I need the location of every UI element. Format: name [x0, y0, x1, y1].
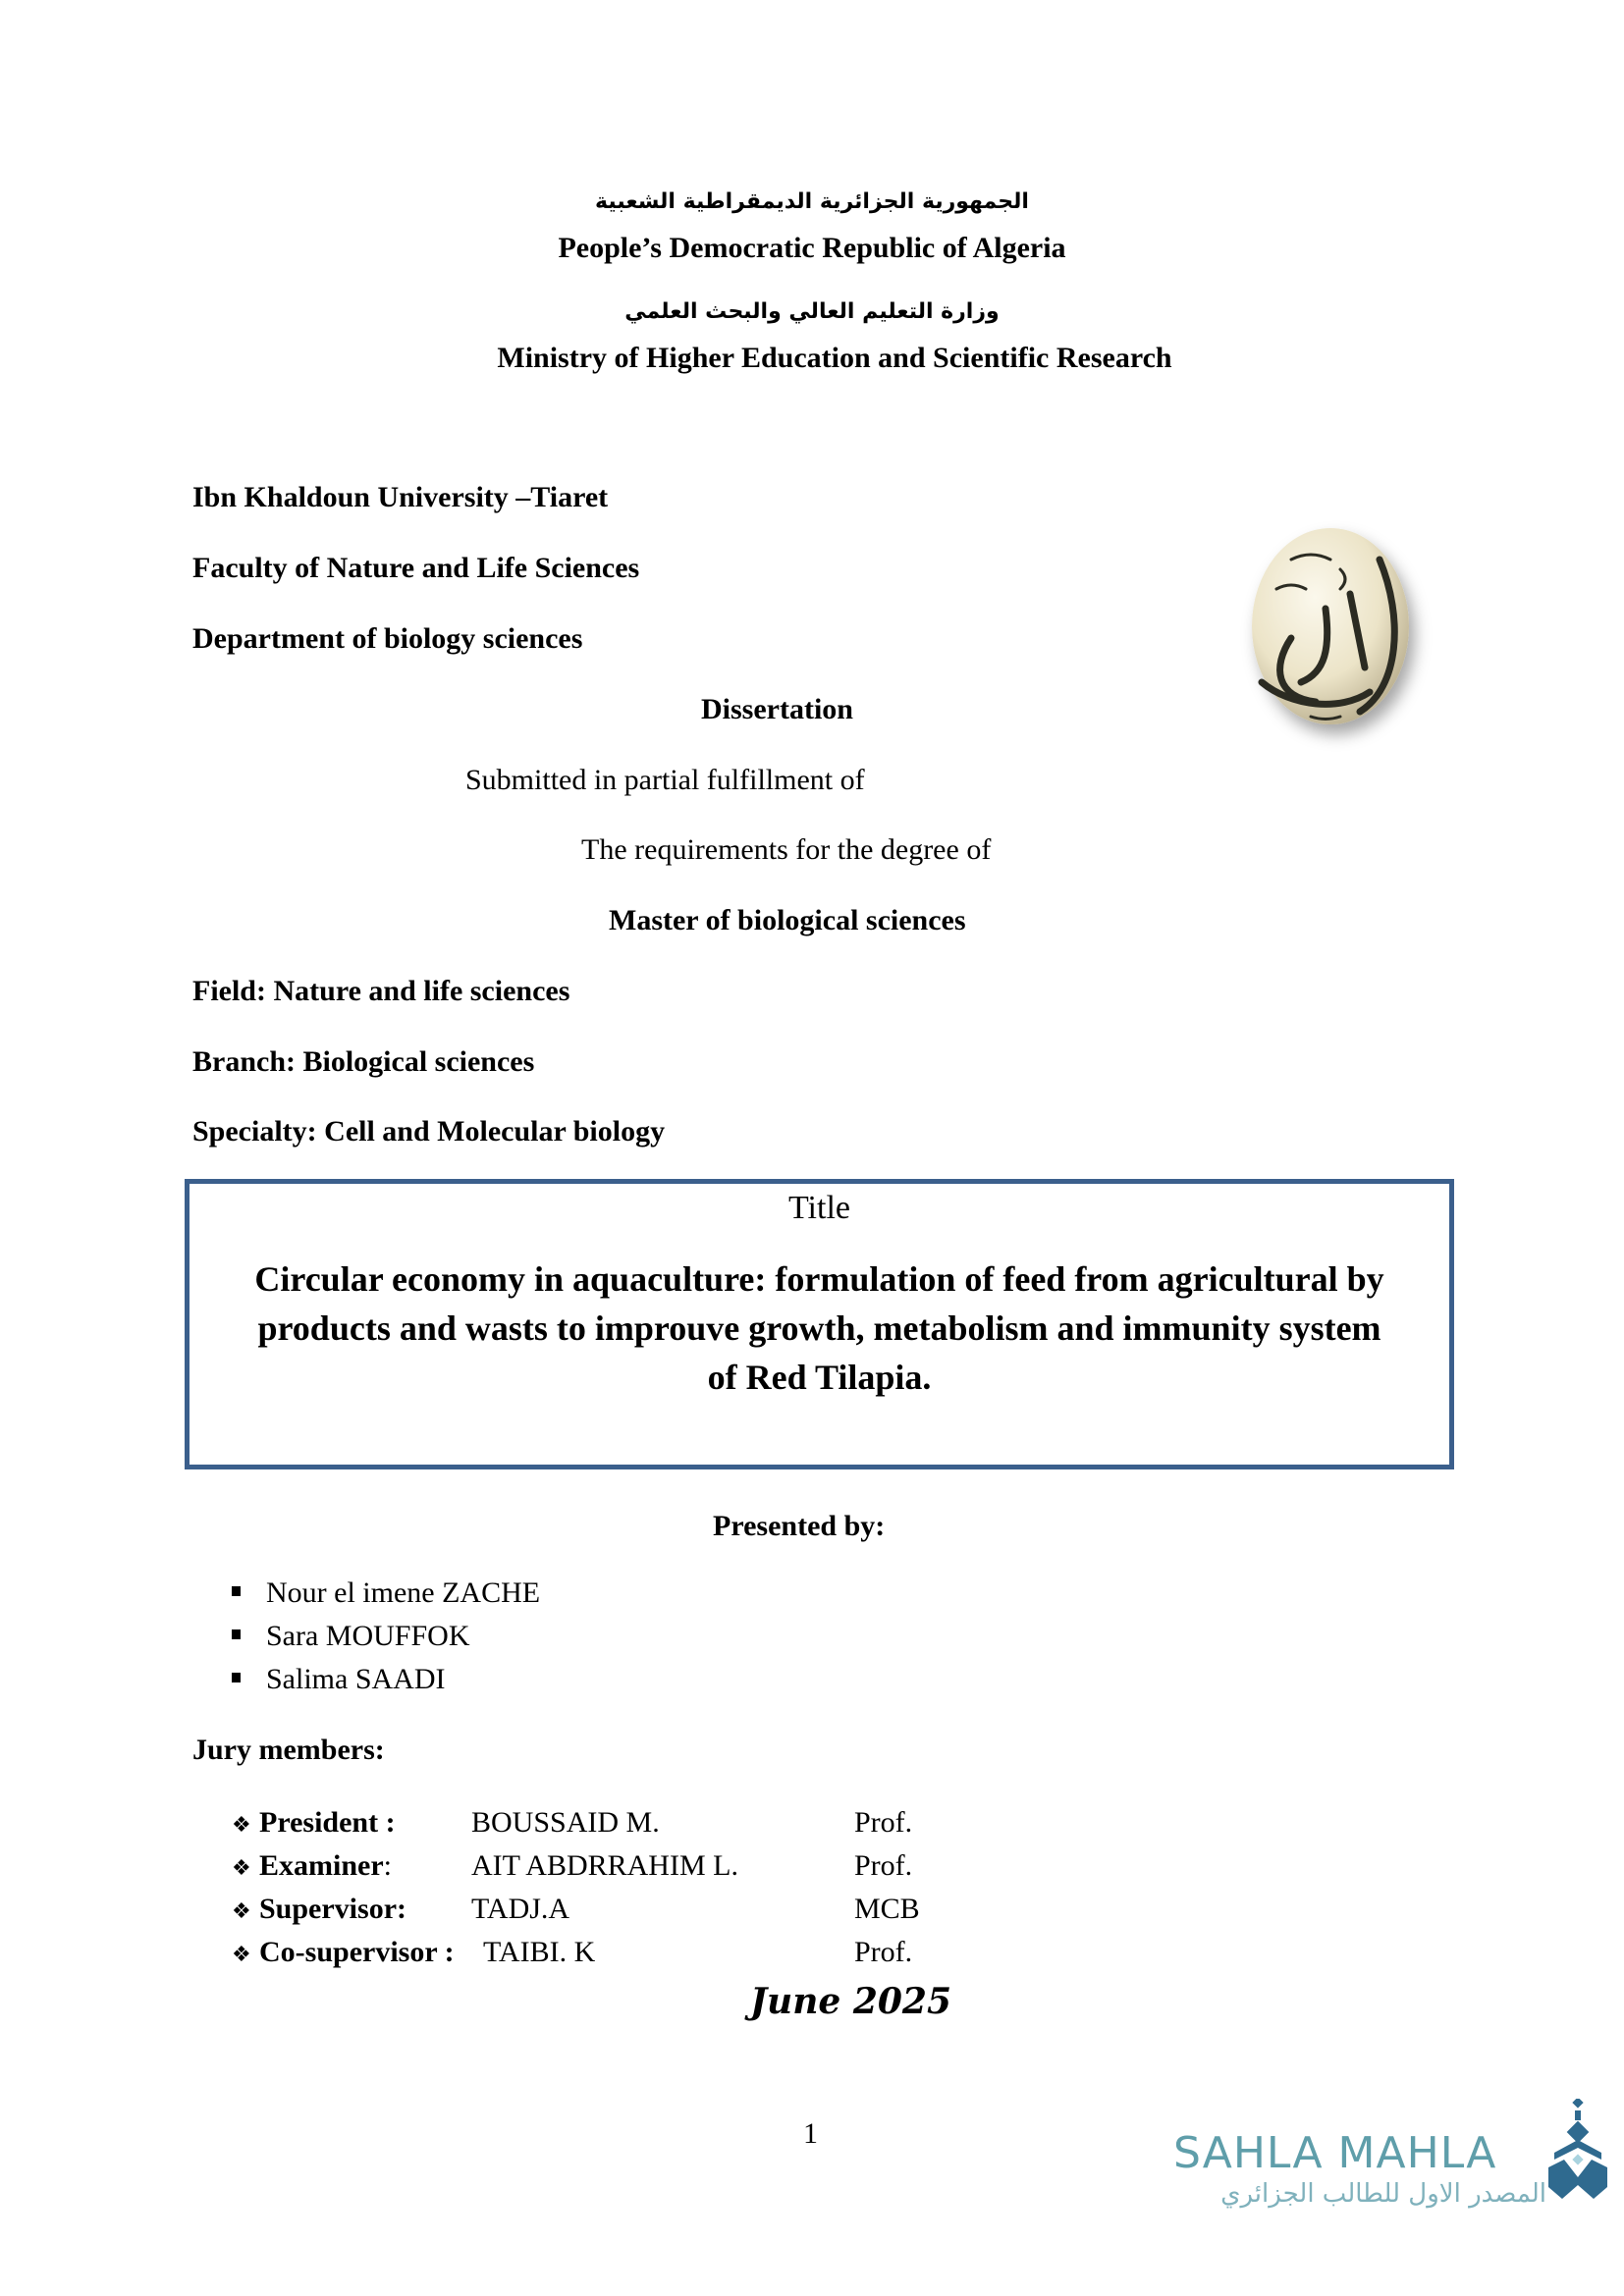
department-name: Department of biology sciences — [192, 622, 582, 656]
field-text: Field: Nature and life sciences — [192, 975, 569, 1008]
specialty-text: Specialty: Cell and Molecular biology — [192, 1115, 665, 1148]
university-logo — [1232, 501, 1448, 756]
author-item: Salima SAADI — [232, 1663, 540, 1706]
requirements-text: The requirements for the degree of — [581, 833, 991, 867]
diamond-bullet-icon: ❖ — [232, 1898, 253, 1924]
submitted-text: Submitted in partial fulfillment of — [465, 764, 865, 797]
dissertation-label: Dissertation — [701, 693, 853, 726]
republic-arabic: الجمهورية الجزائرية الديمقراطية الشعبية — [0, 189, 1624, 214]
faculty-name: Faculty of Nature and Life Sciences — [192, 552, 639, 585]
calligraphy-logo-icon — [1232, 501, 1448, 756]
square-bullet-icon — [232, 1629, 241, 1639]
jury-label: Jury members: — [192, 1734, 385, 1767]
republic-english: People’s Democratic Republic of Algeria — [0, 232, 1624, 265]
sahla-mahla-watermark: SAHLA MAHLA المصدر الاول للطالب الجزائري — [1173, 2128, 1596, 2236]
thesis-title-line-2: products and wasts to improuve growth, m… — [189, 1304, 1449, 1353]
title-box: Title Circular economy in aquaculture: f… — [185, 1179, 1454, 1469]
jury-list: ❖President :BOUSSAID M.Prof. ❖Examiner:A… — [232, 1806, 920, 1979]
author-item: Sara MOUFFOK — [232, 1620, 540, 1663]
title-label: Title — [189, 1190, 1449, 1227]
authors-list: Nour el imene ZACHE Sara MOUFFOK Salima … — [232, 1576, 540, 1706]
square-bullet-icon — [232, 1673, 241, 1682]
page-number: 1 — [803, 2117, 818, 2151]
thesis-title-line-1: Circular economy in aquaculture: formula… — [189, 1255, 1449, 1304]
ministry-english: Ministry of Higher Education and Scienti… — [0, 342, 1624, 375]
jury-member-row: ❖Co-supervisor :TAIBI. KProf. — [232, 1936, 920, 1979]
ministry-arabic: وزارة التعليم العالي والبحث العلمي — [0, 299, 1624, 324]
presented-by-label: Presented by: — [713, 1510, 885, 1543]
author-item: Nour el imene ZACHE — [232, 1576, 540, 1620]
square-bullet-icon — [232, 1586, 241, 1596]
branch-text: Branch: Biological sciences — [192, 1045, 534, 1079]
watermark-tagline: المصدر الاول للطالب الجزائري — [1173, 2179, 1546, 2209]
thesis-title-line-3: of Red Tilapia. — [189, 1353, 1449, 1402]
sahla-emblem-icon — [1544, 2099, 1613, 2207]
thesis-title: Circular economy in aquaculture: formula… — [189, 1255, 1449, 1402]
jury-member-row: ❖President :BOUSSAID M.Prof. — [232, 1806, 920, 1849]
diamond-bullet-icon: ❖ — [232, 1855, 253, 1881]
submission-date: June 2025 — [750, 1981, 951, 2022]
jury-member-row: ❖Examiner:AIT ABDRRAHIM L.Prof. — [232, 1849, 920, 1893]
university-name: Ibn Khaldoun University –Tiaret — [192, 481, 608, 514]
degree-text: Master of biological sciences — [609, 904, 966, 937]
jury-member-row: ❖Supervisor:TADJ.AMCB — [232, 1893, 920, 1936]
diamond-bullet-icon: ❖ — [232, 1812, 253, 1838]
diamond-bullet-icon: ❖ — [232, 1942, 253, 1967]
watermark-brand: SAHLA MAHLA — [1173, 2128, 1496, 2178]
